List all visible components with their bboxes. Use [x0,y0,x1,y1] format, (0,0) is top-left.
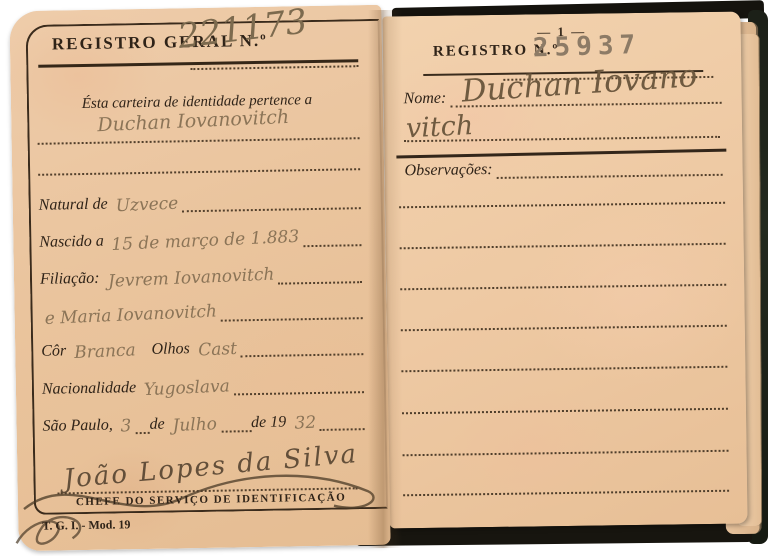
dotted-line [399,202,725,209]
dotted-line [221,429,251,433]
month-value: Julho [172,414,217,436]
dotted-line [234,390,364,395]
cor-value: Branca [74,340,136,363]
identity-booklet-scan: — 1 — REGISTRO N.º 25937 Nome: Duchan Io… [0,0,768,556]
nacionalidade-row: Nacionalidade Yugoslava [42,375,364,399]
header-dotted-rule [190,65,358,70]
year-prefix-label: de 19 [251,414,286,433]
dotted-line [304,243,362,247]
dotted-line [401,366,727,373]
natural-de-row: Natural de Uzvece [39,191,361,215]
olhos-value: Cast [197,339,237,361]
cor-olhos-row: Côr Branca Olhos Cast [41,337,363,361]
dotted-line [320,427,365,431]
dotted-line [38,167,360,176]
dotted-line [400,243,726,250]
date-row: São Paulo, 3 de Julho de 19 32 [42,412,364,436]
filiacao-row-2: e Maria Iovanovitch [40,301,362,325]
nascido-label: Nascido a [39,233,104,252]
observacoes-label: Observações: [404,161,492,180]
dotted-line [221,316,363,321]
dotted-line [182,206,361,212]
dotted-line [278,280,362,284]
chefe-servico-label: CHEFE DO SERVIÇO DE IDENTIFICAÇÃO [76,491,347,508]
registro-number-stamp: 25937 [532,30,641,63]
dotted-line [402,408,728,415]
nome-label: Nome: [403,90,446,109]
dotted-line [136,431,150,434]
blank-row [38,167,360,176]
nascido-value: 15 de março de 1.883 [111,227,300,255]
natural-de-value: Uzvece [115,194,178,217]
left-page: REGISTRO GERAL N.º 221173 Ésta carteira … [9,5,390,551]
olhos-label: Olhos [151,340,190,359]
dotted-line [403,450,729,457]
filiacao-value: Jevrem Iovanovitch [107,265,274,292]
filiacao-value-2: e Maria Iovanovitch [44,301,217,328]
filiacao-row: Filiação: Jevrem Iovanovitch [40,265,362,289]
signature-handwritten: João Lopes da Silva [63,439,360,495]
cor-label: Côr [41,342,66,360]
registro-geral-number-handwritten: 221173 [176,1,310,57]
dotted-line [241,352,364,357]
nascido-row: Nascido a 15 de março de 1.883 [39,228,361,252]
natural-de-label: Natural de [39,196,108,215]
dotted-line [400,284,726,291]
form-code-label: T. G. I. - Mod. 19 [42,517,130,534]
de-label: de [149,416,164,434]
day-value: 3 [120,416,132,436]
nacionalidade-label: Nacionalidade [42,379,137,399]
year-value: 32 [294,413,316,434]
dotted-line [403,490,729,497]
dotted-line [497,173,723,179]
filiacao-label: Filiação: [40,270,100,289]
right-page: — 1 — REGISTRO N.º 25937 Nome: Duchan Io… [382,12,747,529]
nacionalidade-value: Yugoslava [144,376,231,400]
dotted-line [401,325,727,332]
city-label: São Paulo, [42,417,113,436]
observacoes-row: Observações: [404,158,722,180]
section-divider-rule [396,149,726,159]
dotted-line [38,136,360,145]
